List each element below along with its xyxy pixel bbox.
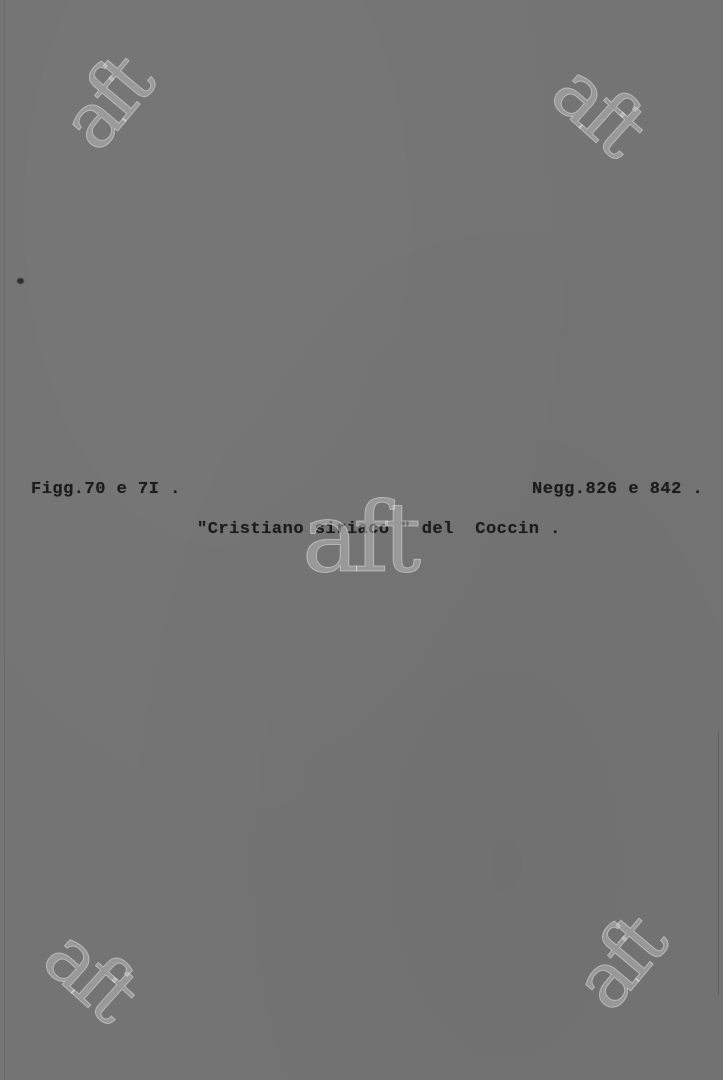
- ink-speck: [17, 278, 24, 284]
- right-card-edge: [718, 730, 719, 995]
- watermark-top-left: aft: [48, 45, 165, 163]
- negatives-reference: Negg.826 e 842 .: [532, 480, 703, 499]
- figures-reference: Figg.70 e 7I .: [31, 480, 181, 499]
- watermark-bottom-left: aft: [30, 915, 148, 1032]
- left-card-edge: [4, 0, 5, 1080]
- watermark-top-right: aft: [538, 50, 656, 167]
- watermark-bottom-right: aft: [561, 905, 678, 1023]
- artwork-caption: "Cristiano siriaco " del Coccin .: [197, 520, 561, 539]
- archive-card: aft aft Figg.70 e 7I . Negg.826 e 842 . …: [0, 0, 723, 1080]
